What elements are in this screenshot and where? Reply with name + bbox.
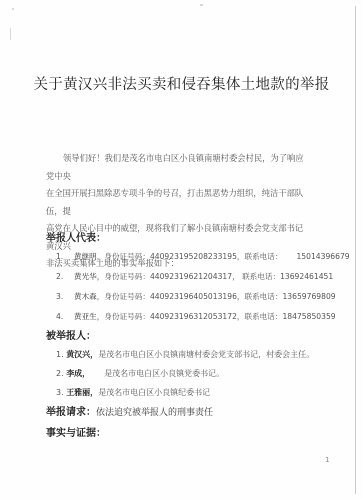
accused-name: 王雅丽，	[66, 388, 98, 397]
scan-speck	[10, 28, 11, 40]
request-line: 举报请求：依法追究被举报人的刑事责任	[46, 403, 213, 418]
reporter-name: 黄亚生	[74, 312, 97, 321]
request-label: 举报请求：	[46, 407, 96, 418]
row-number: 3.	[56, 292, 74, 301]
reporter-id: 440923196312053172	[150, 312, 237, 321]
reporter-id: 440923196405013196	[150, 292, 237, 301]
scan-speck	[12, 8, 14, 10]
reporter-phone: 15014396679	[296, 252, 349, 261]
intro-line: 领导们好！我们是茂名市电白区小良镇南塘村委会村民，为了响应党中央	[46, 150, 306, 185]
accused-row: 1. 黄汉兴，是茂名市电白区小良镇南塘村委会党支部书记，村委会主任。	[56, 349, 314, 360]
reporter-id: 440923195208233195	[150, 252, 237, 261]
reporter-phone: 13692461451	[280, 272, 333, 281]
accused-heading: 被举报人：	[46, 327, 96, 342]
reporter-name: 黄继明	[74, 252, 97, 261]
reporter-id: 44092319621204317	[150, 272, 232, 281]
reporter-phone: 18475850359	[282, 312, 335, 321]
reporter-name: 黄光华	[74, 272, 97, 281]
accused-row: 2. 李成，是茂名市电白区小良镇党委书记。	[56, 368, 224, 379]
scanned-page: 关于黄汉兴非法买卖和侵吞集体土地款的举报 领导们好！我们是茂名市电白区小良镇南塘…	[0, 0, 363, 500]
accused-desc: 是茂名市电白区小良镇南塘村委会党支部书记，村委会主任。	[98, 350, 314, 359]
document-title: 关于黄汉兴非法买卖和侵吞集体土地款的举报	[0, 73, 363, 94]
page-number: 1	[325, 456, 329, 464]
request-text: 依法追究被举报人的刑事责任	[96, 408, 213, 418]
scan-speck	[200, 4, 203, 6]
accused-desc: 是茂名市电白区小良镇纪委书记	[98, 388, 210, 397]
accused-name: 黄汉兴，	[66, 350, 98, 359]
reporter-row: 4.黄亚生，身份证号码：440923196312053172，联系电话：1847…	[56, 311, 336, 322]
row-number: 2.	[56, 272, 74, 281]
reporter-row: 3.黄木森，身份证号码：440923196405013196，联系电话：1365…	[56, 291, 336, 302]
row-number: 1.	[56, 252, 74, 261]
reporter-name: 黄木森	[74, 292, 97, 301]
accused-desc: 是茂名市电白区小良镇党委书记。	[104, 369, 224, 378]
evidence-heading: 事实与证据：	[46, 424, 106, 439]
row-number: 4.	[56, 312, 74, 321]
reporter-phone: 13659769809	[282, 292, 335, 301]
accused-row: 3. 王雅丽，是茂名市电白区小良镇纪委书记	[56, 387, 210, 398]
accused-name: 李成，	[66, 369, 90, 378]
reporter-row: 1.黄继明，身份证号码：440923195208233195，联系电话：1501…	[56, 251, 350, 262]
intro-line: 在全国开展扫黑除恶专项斗争的号召，打击黑恶势力组织，纯洁干部队伍，提	[46, 185, 306, 220]
reporter-row: 2.黄光华，身份证号码：44092319621204317， 联系电话：1369…	[56, 271, 333, 282]
reporters-heading: 举报人代表：	[46, 229, 106, 244]
